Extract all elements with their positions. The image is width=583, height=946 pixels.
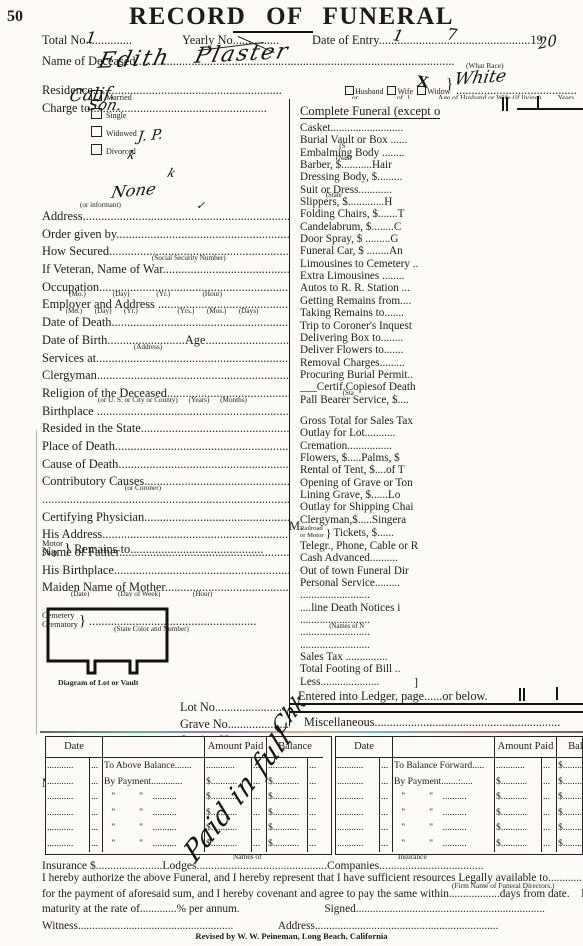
- price-item-row: Burial Vault or Box ...... (S: [300, 134, 583, 146]
- balance-cents-cell: ...: [308, 789, 323, 805]
- price-item-row: Slippers, $.............H: [300, 196, 583, 208]
- price-item-row: Barber, $...........Hair: [300, 159, 583, 171]
- item-label: Personal Service.........: [300, 577, 436, 589]
- item-label: Telegr., Phone, Cable or R: [300, 540, 436, 552]
- left-fields: Address.................................…: [42, 118, 292, 597]
- desc-cell: By Payment.............: [103, 774, 205, 790]
- desc-cell: " " ..........: [393, 805, 495, 821]
- item-label: Dressing Body, $.........: [300, 171, 436, 183]
- item-label: Getting Remains from....: [300, 295, 436, 307]
- date-cell: ...........: [46, 820, 90, 836]
- remains-to-row: MotorShip } Remains to..................…: [42, 540, 292, 558]
- form-field-row: Order given by..........................…: [42, 190, 292, 208]
- balance-cell: $...........: [267, 836, 308, 852]
- record-of-funeral-form: 50 RECORD OF FUNERAL Total No...........…: [0, 0, 583, 946]
- price-item-row: Autos to R. R. Station ...: [300, 282, 583, 294]
- item-label: Lining Grave, $......Lo: [300, 489, 436, 501]
- date-sub-cell: ...: [380, 836, 393, 852]
- price-item-row: Embalming Body ........ (Nam: [300, 147, 583, 159]
- tick-mark: [506, 97, 508, 111]
- form-field-row: His Address.............................…: [42, 490, 292, 508]
- panel-gap: [300, 406, 583, 415]
- item-label: .........................: [300, 589, 436, 601]
- price-item-row: Gross Total for Sales Tax: [300, 415, 583, 427]
- panel-items-a: Casket.......................... Burial …: [300, 122, 583, 406]
- balance-cents-cell: ...: [308, 805, 323, 821]
- form-field-row: Employer and Address ...................…: [42, 260, 292, 278]
- item-label: Cremation................: [300, 440, 436, 452]
- item-label: Deliver Flowers to.......: [300, 344, 436, 356]
- desc-cell: " " ..........: [393, 820, 495, 836]
- form-field-row: Date of Birth.........................Ag…: [42, 296, 292, 314]
- balance-cell: $...........: [557, 789, 583, 805]
- price-item-row: Removal Charges.........: [300, 357, 583, 369]
- price-item-row: .........................: [300, 589, 583, 601]
- balance-cents-cell: ...: [308, 758, 323, 774]
- price-item-row: Candelabrum, $........C: [300, 221, 583, 233]
- authorization-line-3: maturity at the rate of.............% pe…: [42, 903, 583, 915]
- desc-cell: By Payment.......:.....: [393, 774, 495, 790]
- item-label: Rental of Tent, $....of T: [300, 464, 436, 476]
- price-item-row: Rental of Tent, $....of T: [300, 464, 583, 476]
- balance-cell: $...........: [557, 758, 583, 774]
- artifact-line: [517, 108, 583, 110]
- price-item-row: Getting Remains from....: [300, 295, 583, 307]
- amount-cell: $...........: [495, 774, 542, 790]
- date-sub-cell: ...: [90, 758, 103, 774]
- form-field-row: Services at.............................…: [42, 314, 292, 332]
- form-field-row: Name of Father..........................…: [42, 508, 292, 526]
- form-field-row: Contributory Causes.....................…: [42, 437, 292, 455]
- col-header-blank: [393, 737, 495, 758]
- price-item-row: Suit or Dress............ (State: [300, 184, 583, 196]
- brace-glyph: }: [326, 526, 332, 541]
- form-field-row: Clergyman...............................…: [42, 331, 292, 349]
- balance-cell: $...........: [267, 820, 308, 836]
- item-label: Outlay for Lot...........: [300, 427, 436, 439]
- item-label: Flowers, $.....Palms, $: [300, 452, 436, 464]
- item-label: Total Footing of Bill ..: [300, 663, 436, 675]
- motor-ship-stack: MotorShip: [42, 540, 63, 557]
- item-label: Out of town Funeral Dir: [300, 565, 436, 577]
- date-sub-cell: ...: [90, 820, 103, 836]
- amount-cell: $...........: [495, 805, 542, 821]
- amount-cell: $...........: [495, 820, 542, 836]
- date-sub-cell: ...: [90, 789, 103, 805]
- tick-mark: [523, 688, 525, 701]
- railroad-tickets-row: Railroador Motor } Tickets, $......: [300, 526, 583, 540]
- col-header-date: Date: [336, 737, 393, 758]
- date-cell: ...........: [46, 789, 90, 805]
- item-label: Door Spray, $ .........G: [300, 233, 436, 245]
- hw-widow-x-mark: X: [416, 72, 430, 91]
- price-item-row: Outlay for Lot...........: [300, 427, 583, 439]
- tickets-label: Tickets, $......: [333, 527, 394, 539]
- tick-mark: [519, 688, 521, 701]
- ledger-underline: [290, 711, 583, 713]
- item-label: Sales Tax ...............: [300, 651, 436, 663]
- tick-mark: [556, 687, 558, 700]
- item-label: .........................: [300, 639, 436, 651]
- date-cell: ...........: [336, 758, 380, 774]
- price-item-row: Total Footing of Bill ..: [300, 663, 583, 675]
- date-cell: ...........: [46, 805, 90, 821]
- price-item-row: Less.....................: [300, 676, 583, 688]
- hw-entry-num: 7: [446, 25, 458, 45]
- price-item-row: Trip to Coroner's Inquest: [300, 320, 583, 332]
- price-item-row: .........................: [300, 639, 583, 651]
- col-header-blank: [103, 737, 205, 758]
- amount-cell: $...........: [495, 836, 542, 852]
- item-label: ....line Death Notices i: [300, 602, 436, 614]
- item-label: Casket..........................: [300, 122, 436, 134]
- date-cell: ...........: [46, 758, 90, 774]
- price-item-row: Folding Chairs, $.......T: [300, 208, 583, 220]
- form-field-row: ........................................…: [42, 455, 292, 473]
- price-item-row: Out of town Funeral Dir: [300, 565, 583, 577]
- price-item-row: ....line Death Notices i: [300, 602, 583, 614]
- price-item-row: Door Spray, $ .........G: [300, 233, 583, 245]
- item-label: .........................: [300, 626, 436, 638]
- balance-cell: $...........: [267, 789, 308, 805]
- amount-cents-cell: ...: [252, 836, 267, 852]
- date-sub-cell: ...: [90, 805, 103, 821]
- col-header-balance: Balance: [557, 737, 583, 758]
- authorization-line-2: for the payment of aforesaid sum, and I …: [42, 888, 583, 900]
- balance-cents-cell: ...: [308, 820, 323, 836]
- price-item-row: Outlay for Shipping Chai: [300, 501, 583, 513]
- col-header-date: Date: [46, 737, 103, 758]
- panel-title: Complete Funeral (except o: [300, 104, 583, 119]
- lot-vault-diagram: [46, 607, 170, 677]
- item-label: Outlay for Shipping Chai: [300, 501, 436, 513]
- panel-miscellaneous: Miscellaneous...........................…: [304, 715, 582, 730]
- hw-employer-check: ✓: [196, 199, 205, 212]
- form-field-row: Place of Death..........................…: [42, 402, 292, 420]
- amount-cents-cell: ...: [252, 805, 267, 821]
- item-label: Slippers, $.............H: [300, 196, 436, 208]
- spouse-brace: }: [446, 76, 453, 93]
- item-label: Procuring Burial Permit..: [300, 369, 436, 381]
- item-label: Delivering Box to........: [300, 332, 436, 344]
- form-field-row: Birthplace .............................…: [42, 367, 292, 385]
- revised-by-line: Revised by W. W. Peineman, Long Beach, C…: [0, 931, 583, 941]
- item-label: Cash Advanced..........: [300, 552, 436, 564]
- date-sub-cell: ...: [90, 774, 103, 790]
- price-item-row: Telegr., Phone, Cable or R: [300, 540, 583, 552]
- hw-order-given-by: J. P.: [137, 127, 164, 145]
- date-sub-cell: ...: [380, 758, 393, 774]
- desc-cell: To Above Balance.......: [103, 758, 205, 774]
- date-cell: ...........: [46, 774, 90, 790]
- date-cell: ...........: [336, 789, 380, 805]
- price-item-row: Taking Remains to.......: [300, 307, 583, 319]
- tick-mark: [502, 97, 504, 111]
- amount-cents-cell: ...: [542, 789, 557, 805]
- funeral-meridiem-label: M.: [289, 518, 303, 534]
- col-header-amount: Amount Paid: [495, 737, 557, 758]
- balance-cents-cell: ...: [308, 774, 323, 790]
- amount-cell: $...........: [495, 789, 542, 805]
- price-item-row: Opening of Grave or Ton: [300, 477, 583, 489]
- hw-entry-year: 20: [538, 31, 557, 53]
- amount-cents-cell: ...: [252, 820, 267, 836]
- item-label: Candelabrum, $........C: [300, 221, 436, 233]
- ledger-underline-ext: [289, 703, 583, 705]
- item-label: Funeral Car, $ ........An: [300, 245, 436, 257]
- price-item-row: Delivering Box to........: [300, 332, 583, 344]
- date-sub-cell: ...: [380, 805, 393, 821]
- desc-cell: " " ..........: [103, 805, 205, 821]
- price-item-row: Extra Limousines ........: [300, 270, 583, 282]
- railroad-stack: Railroador Motor: [300, 526, 324, 540]
- desc-cell: " " ..........: [393, 836, 495, 852]
- price-item-row: Procuring Burial Permit..: [300, 369, 583, 381]
- date-sub-cell: ...: [380, 774, 393, 790]
- item-label: Folding Chairs, $.......T: [300, 208, 436, 220]
- date-cell: ...........: [46, 836, 90, 852]
- item-label: Autos to R. R. Station ...: [300, 282, 436, 294]
- amount-cents-cell: ...: [542, 774, 557, 790]
- date-sub-cell: ...: [380, 789, 393, 805]
- hw-charge-to: Son.: [86, 96, 124, 114]
- balance-cell: $...........: [557, 820, 583, 836]
- form-field-row: Resided in the State....................…: [42, 384, 292, 402]
- bracket-glyph: ]: [414, 675, 418, 690]
- desc-cell: " " ..........: [103, 789, 205, 805]
- form-field-row: Occupation..............................…: [42, 243, 292, 261]
- item-label: Extra Limousines ........: [300, 270, 436, 282]
- balance-cell: $...........: [267, 774, 308, 790]
- price-item-row: Lining Grave, $......Lo: [300, 489, 583, 501]
- price-item-row: Funeral Car, $ ........An: [300, 245, 583, 257]
- item-label: Gross Total for Sales Tax: [300, 415, 436, 427]
- entered-into-ledger: Entered into Ledger, page......or below.: [298, 689, 488, 704]
- amount-cents-cell: ...: [542, 820, 557, 836]
- scan-rainbow-artifact: [40, 731, 583, 733]
- balance-cell: $...........: [267, 805, 308, 821]
- form-field-row: How Secured.............................…: [42, 207, 292, 225]
- date-sub-cell: ...: [380, 820, 393, 836]
- price-item-row: ___Certif.Copiesof Death (Sta: [300, 381, 583, 393]
- form-field-row: Date of Death...........................…: [42, 278, 292, 296]
- item-label: Trip to Coroner's Inquest: [300, 320, 436, 332]
- price-item-row: Personal Service.........: [300, 577, 583, 589]
- price-item-row: Deliver Flowers to.......: [300, 344, 583, 356]
- amount-cell: ............: [495, 758, 542, 774]
- desc-cell: " " ..........: [393, 789, 495, 805]
- price-item-row: Pall Bearer Service, $....: [300, 394, 583, 406]
- amount-cents-cell: ...: [542, 805, 557, 821]
- amount-cents-cell: ...: [542, 758, 557, 774]
- date-sub-cell: ...: [90, 836, 103, 852]
- price-item-row: Casket..........................: [300, 122, 583, 134]
- item-label: Limousines to Cemetery ..: [300, 258, 436, 270]
- price-item-row: .........................: [300, 626, 583, 638]
- hw-race: White: [453, 66, 508, 89]
- amount-cents-cell: ...: [542, 836, 557, 852]
- price-item-row: Dressing Body, $.........: [300, 171, 583, 183]
- item-label: Pall Bearer Service, $....: [300, 394, 436, 406]
- item-label: Removal Charges.........: [300, 357, 436, 369]
- balance-cents-cell: ...: [308, 836, 323, 852]
- remains-to-label: Remains to..............................…: [74, 541, 264, 557]
- form-field-row: Cause of Death..........................…: [42, 420, 292, 438]
- date-cell: ...........: [336, 774, 380, 790]
- balance-cell: $...........: [557, 774, 583, 790]
- lot-field-row: Lot No.......................: [180, 664, 290, 681]
- balance-cell: $...........: [557, 805, 583, 821]
- price-item-row: Flowers, $.....Palms, $: [300, 452, 583, 464]
- price-item-row: Clergyman,$.....Singera: [300, 514, 583, 526]
- form-field-row: Certifying Physician....................…: [42, 473, 292, 491]
- price-item-row: Cash Advanced..........: [300, 552, 583, 564]
- date-of-entry-field: Date of Entry...........................…: [312, 32, 574, 48]
- payment-table-right: Date Amount Paid Balance ........... ...…: [335, 736, 583, 855]
- brace-glyph: }: [64, 541, 71, 558]
- date-cell: ...........: [336, 820, 380, 836]
- balance-cell: $...........: [557, 836, 583, 852]
- form-field-row: Religion of the Deceased................…: [42, 349, 292, 367]
- item-label: Clergyman,$.....Singera: [300, 514, 436, 526]
- date-cell: ...........: [336, 836, 380, 852]
- price-item-row: Sales Tax ...............: [300, 651, 583, 663]
- price-item-row: Limousines to Cemetery ..: [300, 258, 583, 270]
- price-item-row: Cremation................: [300, 440, 583, 452]
- desc-cell: To Balance Forward.....: [393, 758, 495, 774]
- panel-items-c: Telegr., Phone, Cable or R Cash Advanced…: [300, 540, 583, 688]
- panel-items-b: Gross Total for Sales Tax Outlay for Lot…: [300, 415, 583, 526]
- item-label: Taking Remains to.......: [300, 307, 436, 319]
- price-item-row: ......................... (Names of N: [300, 614, 583, 626]
- date-cell: ...........: [336, 805, 380, 821]
- item-label: Opening of Grave or Ton: [300, 477, 436, 489]
- form-field-row: If Veteran, Name of War.................…: [42, 225, 292, 243]
- price-list-panel: Complete Funeral (except o Casket.......…: [289, 99, 583, 726]
- scan-artifact-line: [36, 430, 37, 735]
- item-label: Barber, $...........Hair: [300, 159, 436, 171]
